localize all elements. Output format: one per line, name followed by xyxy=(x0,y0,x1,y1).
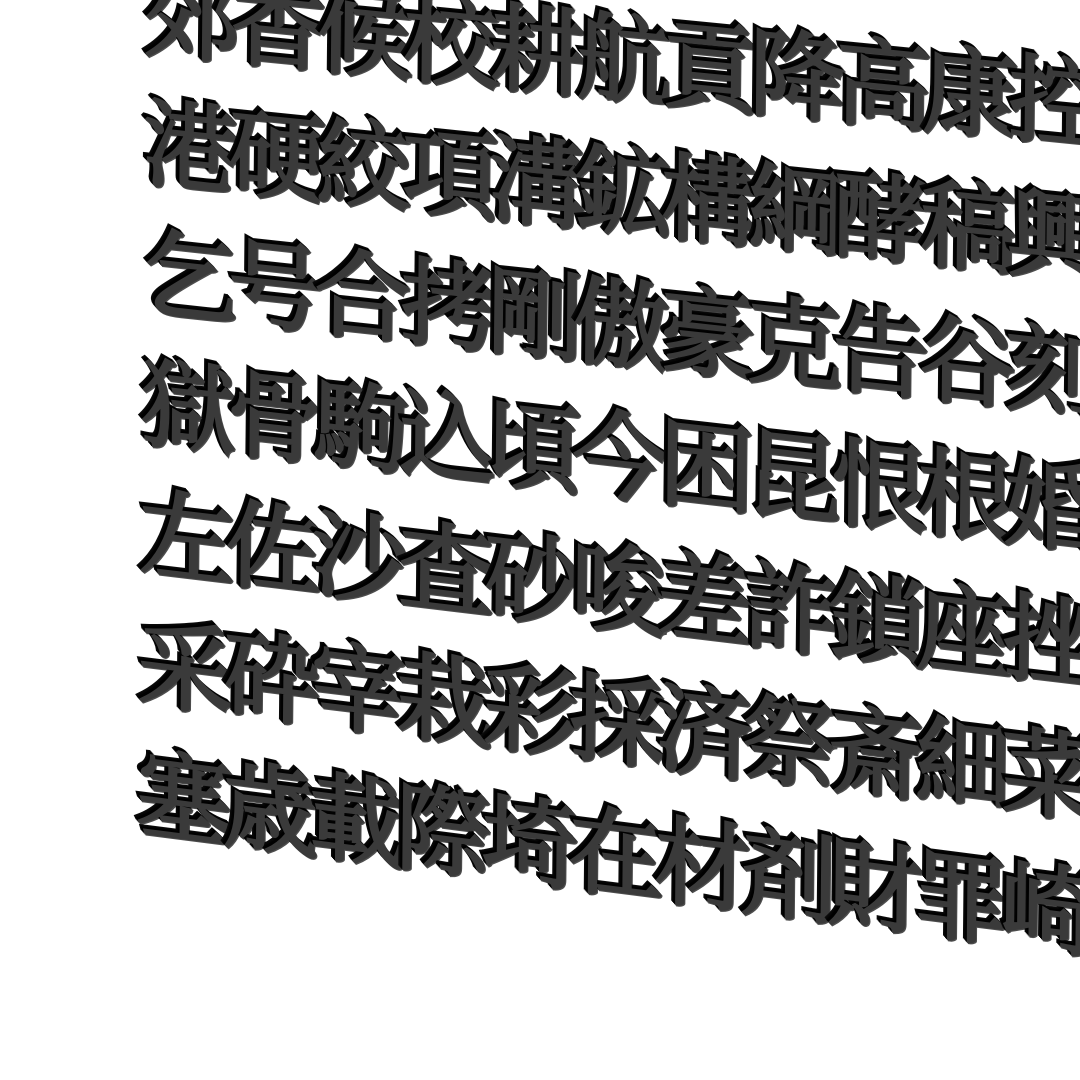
kanji-cell: 詐 xyxy=(743,542,831,682)
kanji-cell: 挫 xyxy=(1003,573,1080,713)
kanji-cell: 斎 xyxy=(828,686,916,827)
kanji-cell: 載 xyxy=(309,752,397,893)
kanji-cell: 崎 xyxy=(1000,841,1080,982)
kanji-cell: 貢 xyxy=(663,1,751,139)
kanji-cell: 済 xyxy=(656,664,744,805)
kanji-cell: 昆 xyxy=(745,409,833,549)
kanji-cell: 項 xyxy=(402,107,490,246)
kanji-cell: 耕 xyxy=(490,0,578,122)
kanji-cell: 宰 xyxy=(310,621,398,762)
kanji-cell: 頃 xyxy=(486,379,574,519)
kanji-cell: 座 xyxy=(916,563,1004,703)
kanji-cell: 在 xyxy=(568,785,656,926)
kanji-cell: 困 xyxy=(658,399,746,539)
kanji-cell: 興 xyxy=(1007,169,1080,308)
kanji-cell: 左 xyxy=(139,470,227,610)
kanji-cell: 砕 xyxy=(224,611,312,752)
kanji-cell: 候 xyxy=(317,0,405,105)
kanji-cell: 沙 xyxy=(312,491,400,631)
kanji-cell: 査 xyxy=(398,501,486,641)
kanji-cell: 采 xyxy=(137,600,225,741)
kanji-cell: 彩 xyxy=(483,643,571,784)
kanji-cell: 今 xyxy=(572,389,660,529)
kanji-cell: 砂 xyxy=(484,511,572,651)
kanji-cell: 香 xyxy=(231,0,319,97)
kanji-cell: 酵 xyxy=(834,152,922,291)
kanji-cell: 婚 xyxy=(1004,439,1080,579)
kanji-cell: 乞 xyxy=(141,210,229,349)
kanji-cell: 谷 xyxy=(919,295,1007,434)
kanji-cell: 刻 xyxy=(1005,304,1080,443)
kanji-cell: 恨 xyxy=(831,419,919,559)
kanji-cell: 控 xyxy=(1008,35,1080,173)
kanji-cell: 罪 xyxy=(913,830,1001,971)
kanji-cell: 材 xyxy=(654,796,742,937)
kanji-cell: 告 xyxy=(833,285,921,424)
kanji-cell: 航 xyxy=(576,0,664,131)
kanji-cell: 硬 xyxy=(229,89,317,228)
kanji-cell: 克 xyxy=(746,276,834,415)
kanji-cell: 合 xyxy=(314,229,402,368)
kanji-cell: 根 xyxy=(918,429,1006,569)
kanji-cell: 号 xyxy=(228,219,316,358)
kanji-cell: 埼 xyxy=(482,774,570,915)
kanji-cell: 歳 xyxy=(222,741,310,882)
kanji-cell: 獄 xyxy=(140,340,228,480)
kanji-cell: 菜 xyxy=(1001,707,1080,848)
kanji-cell: 港 xyxy=(143,80,231,219)
kanji-cell: 溝 xyxy=(488,116,576,255)
kanji-cell: 骨 xyxy=(226,350,314,490)
kanji-cell: 綱 xyxy=(748,143,836,282)
kanji-cell: 際 xyxy=(395,763,483,904)
kanji-cell: 込 xyxy=(399,370,487,510)
kanji-cell: 鎖 xyxy=(830,553,918,693)
kanji-cell: 康 xyxy=(922,26,1010,164)
kanji-cell: 唆 xyxy=(571,522,659,662)
kanji-cell: 降 xyxy=(749,9,837,147)
kanji-cell: 拷 xyxy=(401,238,489,377)
kanji-cell: 絞 xyxy=(316,98,404,237)
kanji-cell: 郊 xyxy=(144,0,232,88)
kanji-cell: 高 xyxy=(835,18,923,156)
kanji-cell: 傲 xyxy=(573,257,661,396)
kanji-cell: 剤 xyxy=(741,808,829,949)
kanji-cell: 佐 xyxy=(225,480,313,620)
kanji-cell: 塞 xyxy=(136,730,224,871)
kanji-cell: 祭 xyxy=(742,675,830,816)
kanji-cell: 栽 xyxy=(397,632,485,773)
kanji-cell: 採 xyxy=(569,653,657,794)
kanji-cell: 細 xyxy=(915,696,1003,837)
kanji-cell: 構 xyxy=(661,134,749,273)
kanji-cell: 豪 xyxy=(660,266,748,405)
kanji-cell: 校 xyxy=(403,0,491,114)
kanji-cell: 剛 xyxy=(487,248,575,387)
kanji-cell: 鉱 xyxy=(575,125,663,264)
kanji-cell: 財 xyxy=(827,819,915,960)
kanji-cell: 駒 xyxy=(313,360,401,500)
kanji-cell: 差 xyxy=(657,532,745,672)
kanji-cell: 稿 xyxy=(920,160,1008,299)
kanji-wall: 郊香候校耕航貢降高康控港硬絞項溝鉱構綱酵稿興乞号合拷剛傲豪克告谷刻獄骨駒込頃今困… xyxy=(0,0,1080,1080)
